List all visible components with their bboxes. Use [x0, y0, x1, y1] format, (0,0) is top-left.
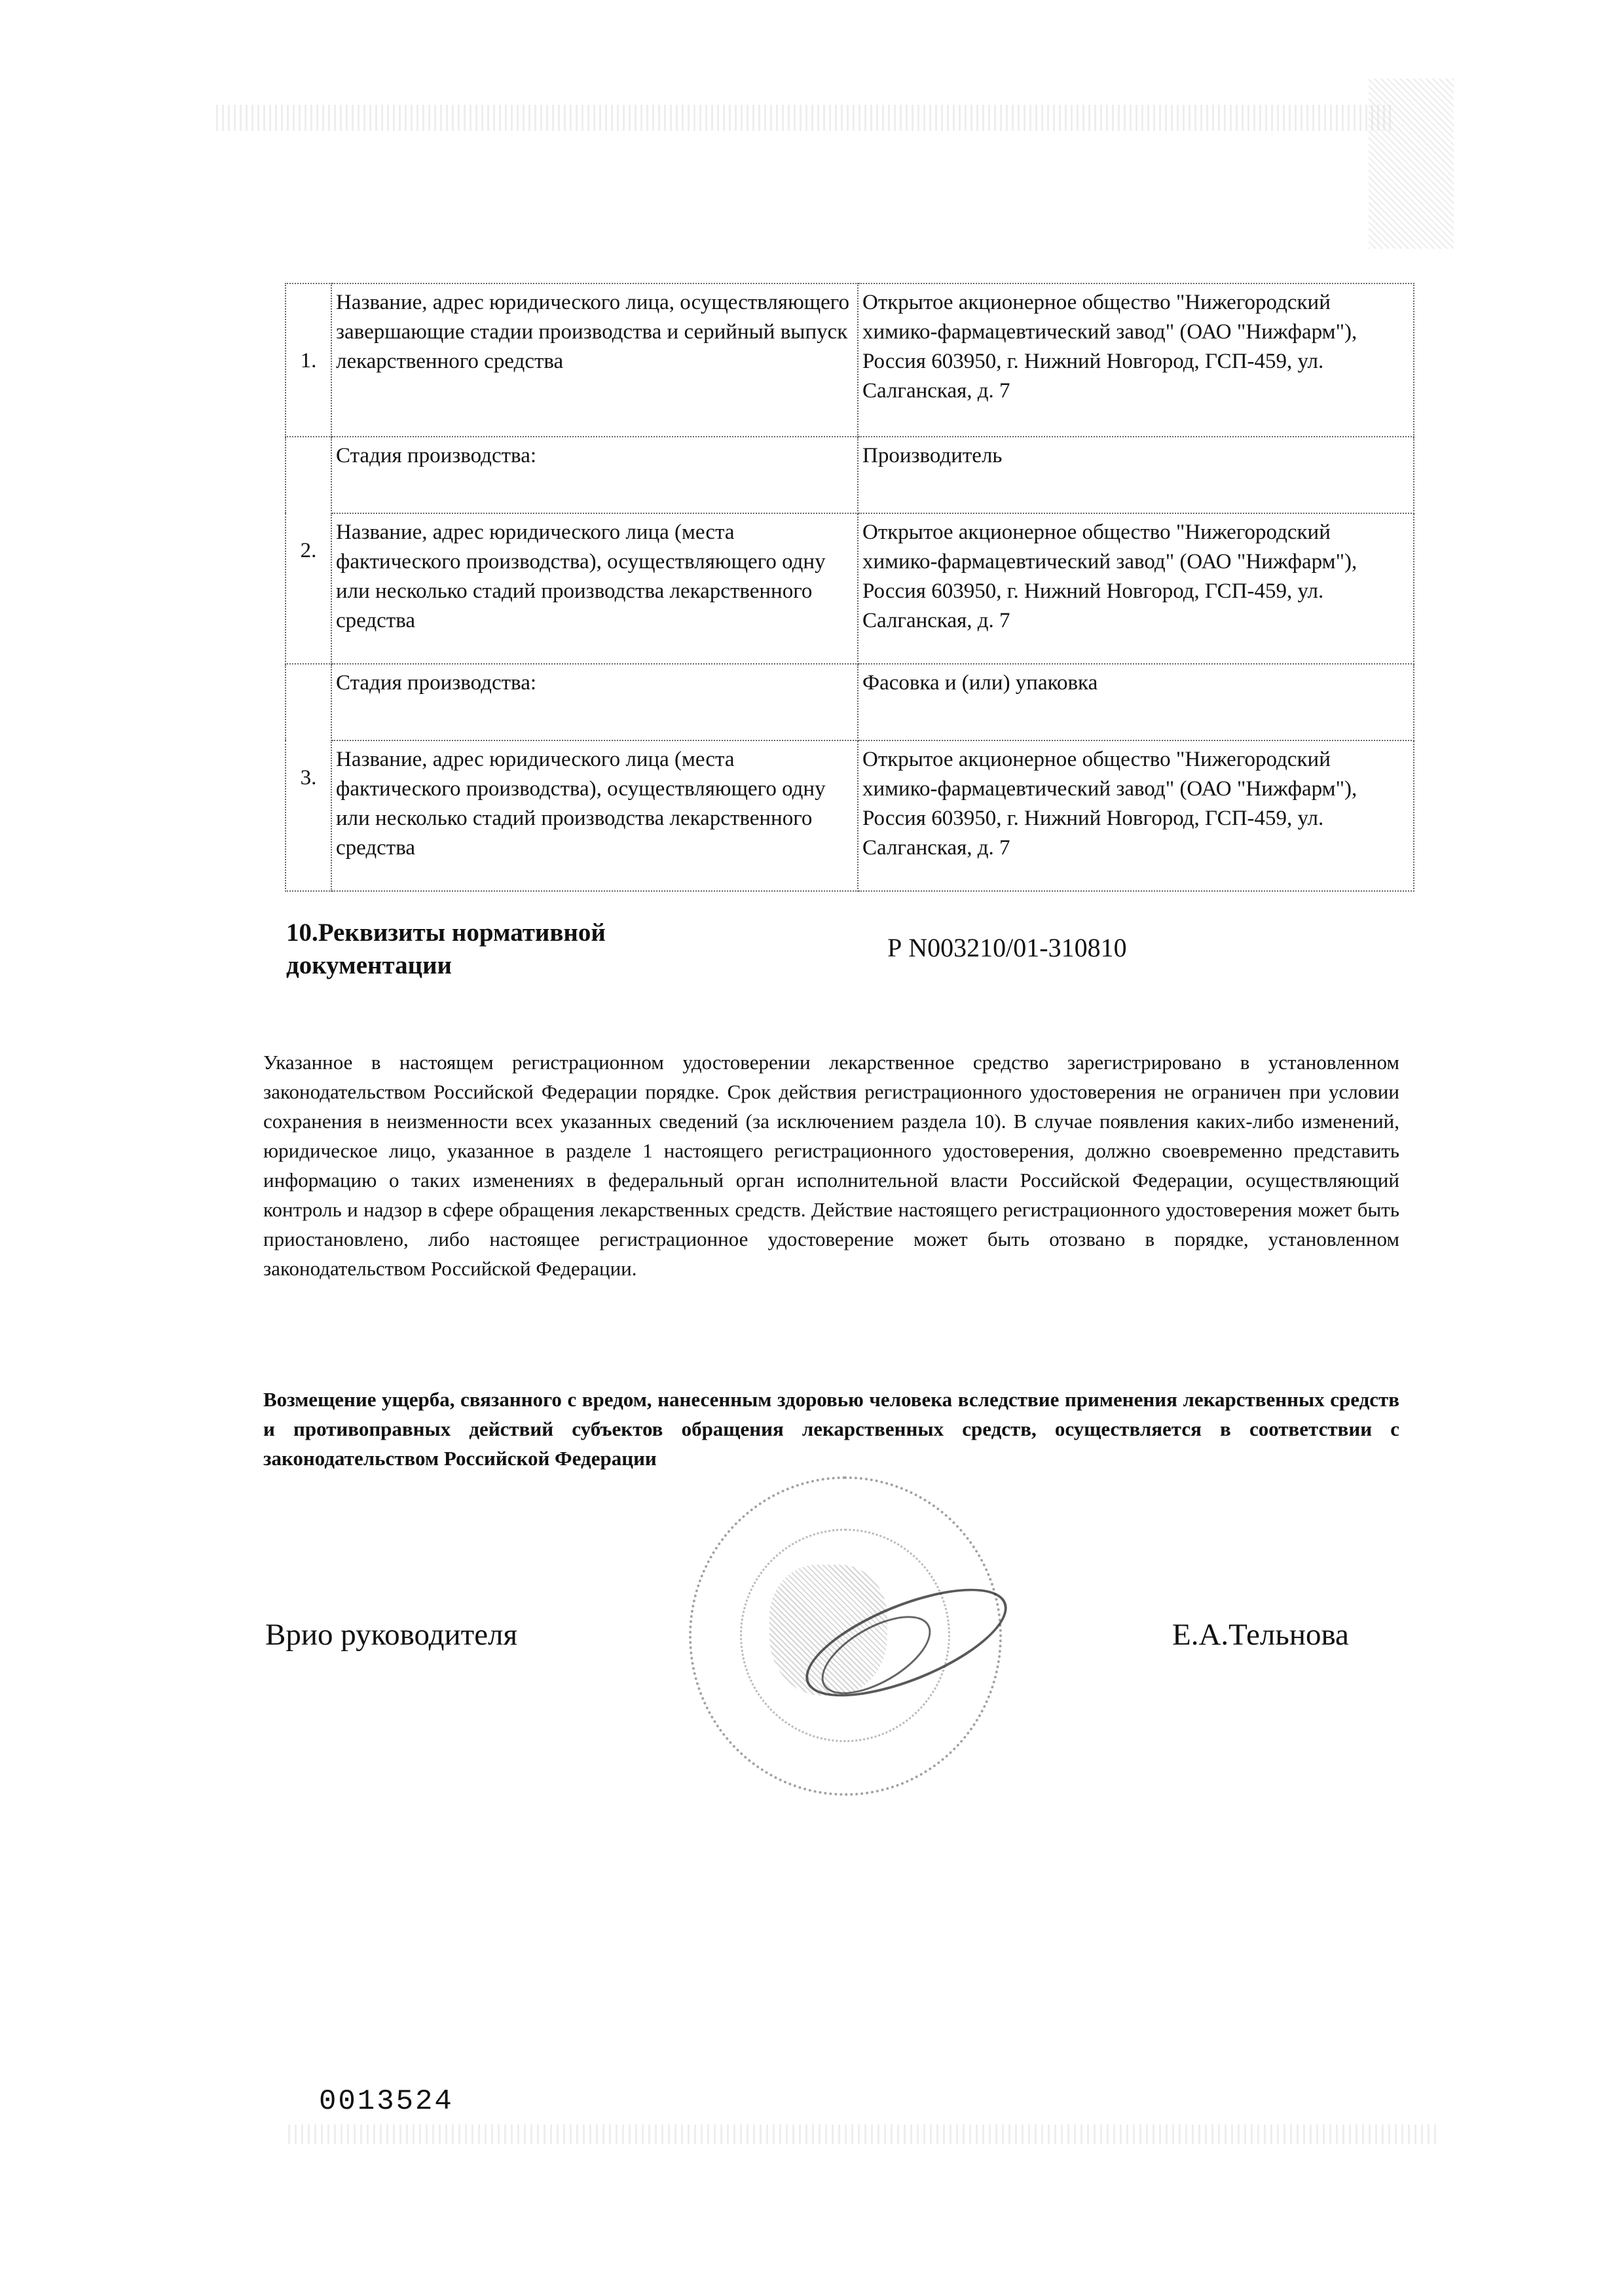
- form-serial-number: 0013524: [319, 2085, 454, 2118]
- row-label: Название, адрес юридического лица (места…: [331, 740, 858, 891]
- row-label: Название, адрес юридического лица (места…: [331, 513, 858, 664]
- scan-noise-top: [216, 105, 1395, 131]
- row-value: Открытое акционерное общество "Нижегород…: [858, 740, 1414, 891]
- section-10-title: 10.Реквизиты нормативной документации: [286, 917, 606, 982]
- table-row: 2. Стадия производства: Производитель: [286, 437, 1414, 513]
- row-number: 3.: [286, 664, 331, 891]
- table-row: 1. Название, адрес юридического лица, ос…: [286, 283, 1414, 437]
- row-number: 1.: [286, 283, 331, 437]
- compensation-paragraph: Возмещение ущерба, связанного с вредом, …: [263, 1385, 1399, 1473]
- table-row: 3. Стадия производства: Фасовка и (или) …: [286, 664, 1414, 740]
- row-number: 2.: [286, 437, 331, 664]
- row-label: Название, адрес юридического лица, осуще…: [331, 283, 858, 437]
- table-row: Название, адрес юридического лица (места…: [286, 513, 1414, 664]
- table-row: Название, адрес юридического лица (места…: [286, 740, 1414, 891]
- stage-value: Фасовка и (или) упаковка: [858, 664, 1414, 740]
- registration-number: Р N003210/01-310810: [887, 932, 1127, 963]
- scan-noise-bottom: [288, 2124, 1441, 2144]
- signatory-position: Врио руководителя: [265, 1617, 517, 1652]
- stage-value: Производитель: [858, 437, 1414, 513]
- stage-label: Стадия производства:: [331, 664, 858, 740]
- section-10-title-line1: 10.Реквизиты нормативной: [286, 917, 606, 949]
- validity-paragraph: Указанное в настоящем регистрационном уд…: [263, 1048, 1399, 1283]
- stage-label: Стадия производства:: [331, 437, 858, 513]
- row-value: Открытое акционерное общество "Нижегород…: [858, 513, 1414, 664]
- manufacturer-table: 1. Название, адрес юридического лица, ос…: [285, 283, 1414, 892]
- scan-noise-corner: [1369, 79, 1454, 249]
- row-value: Открытое акционерное общество "Нижегород…: [858, 283, 1414, 437]
- signatory-name: Е.А.Тельнова: [1172, 1617, 1349, 1652]
- section-10-title-line2: документации: [286, 949, 606, 982]
